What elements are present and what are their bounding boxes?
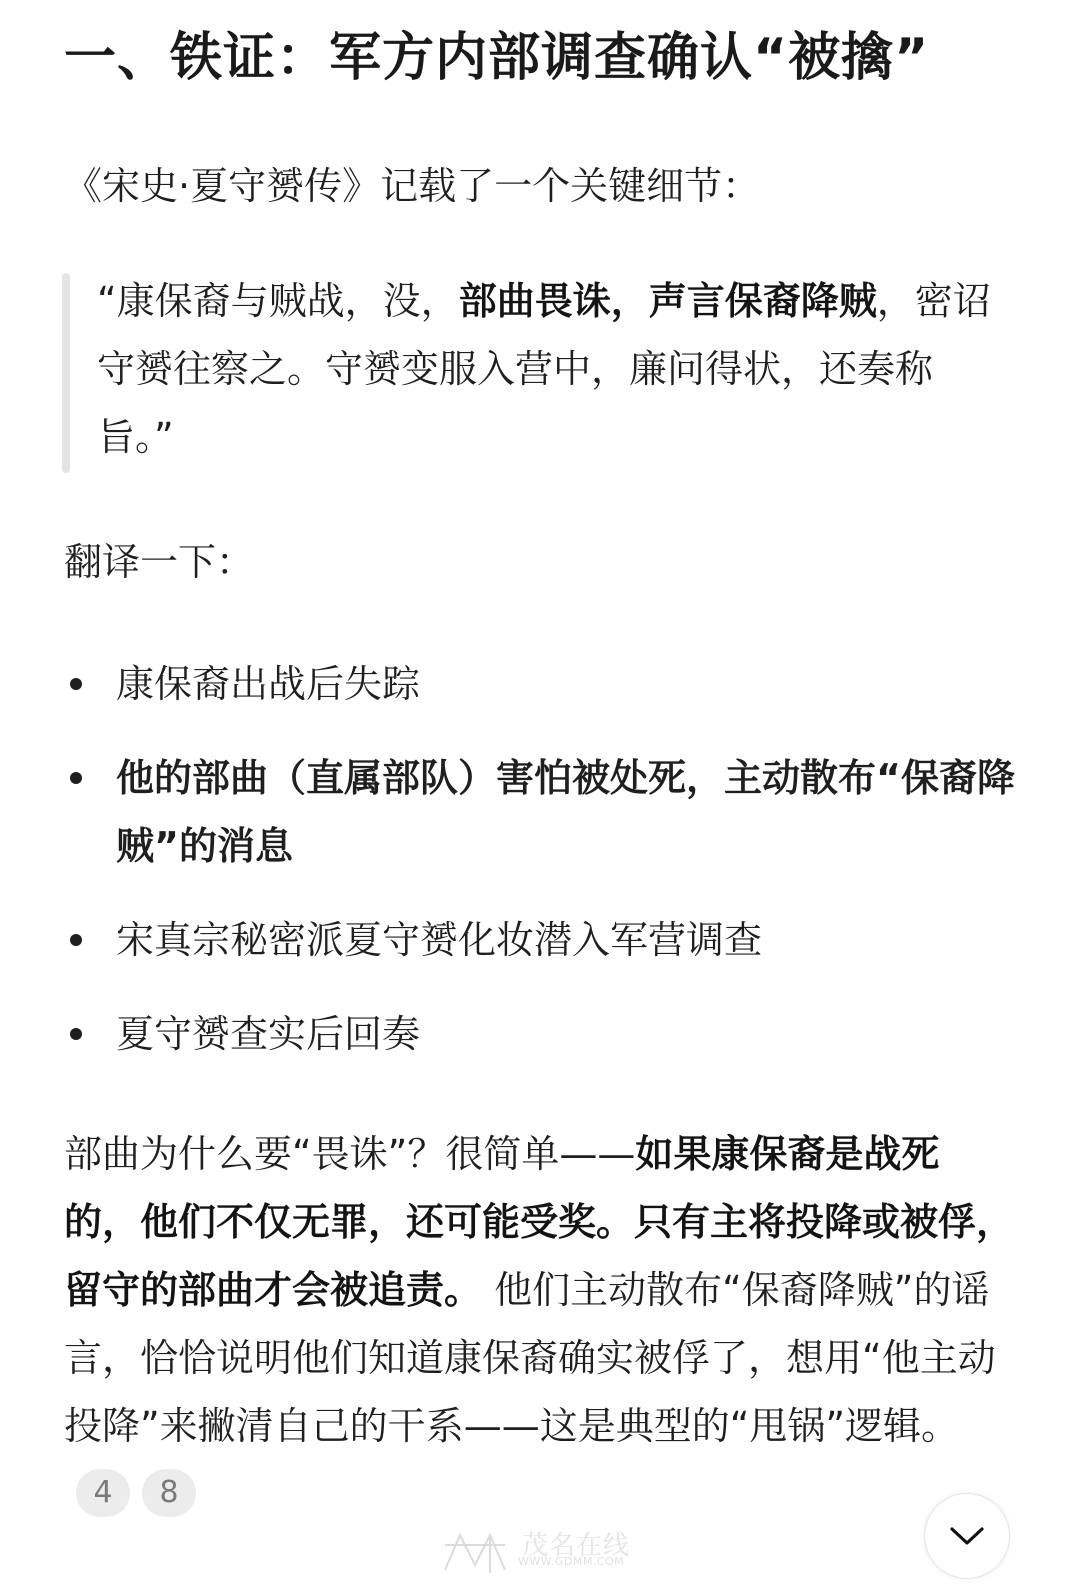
analysis-paragraph: 部曲为什么要“畏诛”？很简单——如果康保裔是战死的，他们不仅无罪，还可能受奖。只… (64, 1120, 1014, 1528)
intro-paragraph: 《宋史·夏守赟传》记载了一个关键细节： (64, 152, 1014, 220)
bullet-dot-icon (70, 934, 82, 946)
list-item: 夏守赟查实后回奏 (64, 1000, 1024, 1068)
citation-badge[interactable]: 4 (76, 1469, 130, 1517)
list-item-text: 康保裔出战后失踪 (116, 662, 420, 706)
blockquote: “康保裔与贼战，没，部曲畏诛，声言保裔降贼，密诏守赟往察之。守赟变服入营中，廉问… (62, 273, 1002, 473)
list-item-text: 夏守赟查实后回奏 (116, 1012, 420, 1056)
bullet-list: 康保裔出战后失踪 他的部曲（直属部队）害怕被处死，主动散布“保裔降贼”的消息 宋… (64, 650, 1024, 1068)
list-item: 他的部曲（直属部队）害怕被处死，主动散布“保裔降贼”的消息 (64, 744, 1024, 880)
quote-text: “康保裔与贼战，没，部曲畏诛，声言保裔降贼，密诏守赟往察之。守赟变服入营中，廉问… (97, 267, 997, 471)
list-item-text: 他的部曲（直属部队）害怕被处死，主动散布“保裔降贼”的消息 (116, 756, 1015, 868)
scroll-down-button[interactable] (925, 1494, 1009, 1578)
quote-text-bold: 部曲畏诛，声言保裔降贼 (459, 279, 877, 323)
article-page: 一、铁证：军方内部调查确认“被擒” 《宋史·夏守赟传》记载了一个关键细节： “康… (0, 0, 1080, 1584)
quote-bar (62, 273, 70, 473)
bullet-dot-icon (70, 772, 82, 784)
watermark-url: WWW.GDMM.COM (518, 1555, 624, 1568)
translate-label: 翻译一下： (64, 528, 1014, 596)
list-item: 宋真宗秘密派夏守赟化妆潜入军营调查 (64, 906, 1024, 974)
quote-text-part1: “康保裔与贼战，没， (97, 279, 459, 323)
bullet-dot-icon (70, 678, 82, 690)
list-item: 康保裔出战后失踪 (64, 650, 1024, 718)
citation-badge[interactable]: 8 (142, 1469, 196, 1517)
bullet-dot-icon (70, 1028, 82, 1040)
analysis-part1: 部曲为什么要“畏诛”？很简单—— (64, 1132, 635, 1176)
watermark-logo: 茂名在线 WWW.GDMM.COM (440, 1525, 640, 1575)
watermark-icon (440, 1525, 510, 1575)
chevron-down-icon (949, 1525, 985, 1547)
list-item-text: 宋真宗秘密派夏守赟化妆潜入军营调查 (116, 918, 762, 962)
section-heading: 一、铁证：军方内部调查确认“被擒” (64, 20, 1064, 96)
